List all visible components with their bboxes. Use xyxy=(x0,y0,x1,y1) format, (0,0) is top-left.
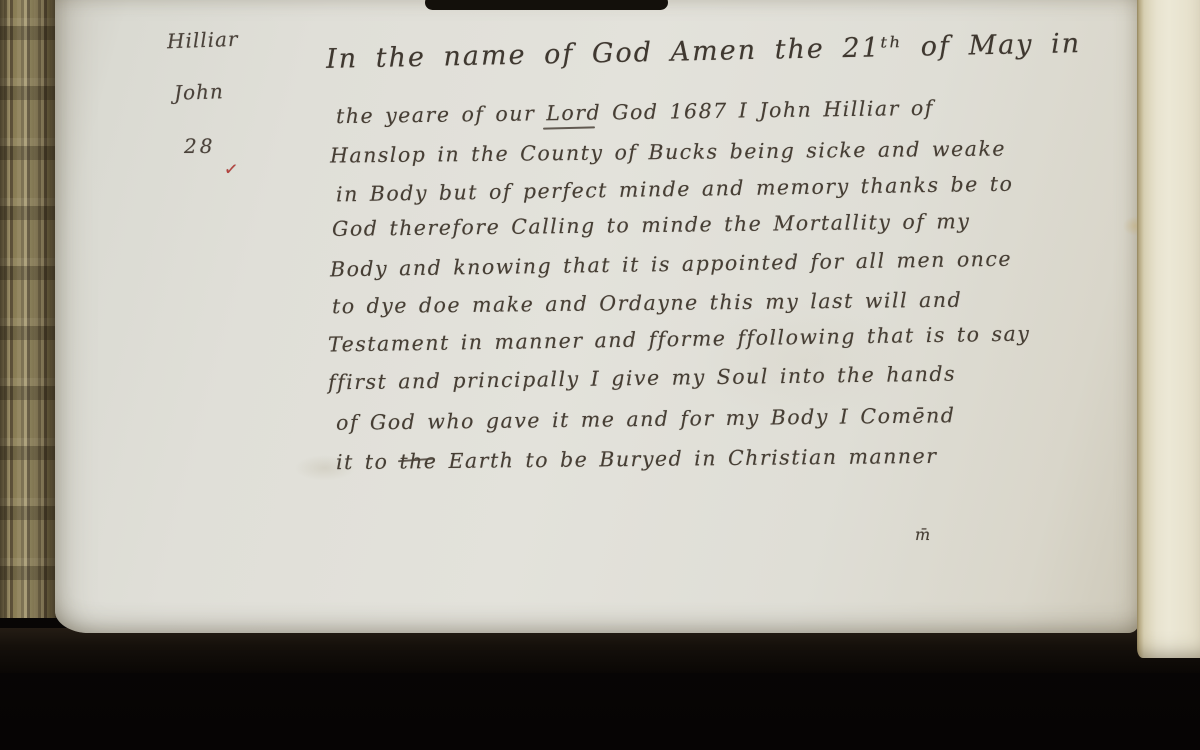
photo-top-notch xyxy=(425,0,668,10)
manuscript-catchword: m̄ xyxy=(915,525,932,544)
margin-note-surname: Hilliar xyxy=(167,27,239,53)
adjacent-page-edge xyxy=(1137,0,1200,658)
margin-note-forename: John xyxy=(174,79,225,105)
manuscript-photo: Hilliar John 28 ✓ In the name of God Ame… xyxy=(0,0,1200,750)
book-spine xyxy=(0,0,57,618)
book-bottom-shadow xyxy=(0,628,1200,673)
paper-sheen xyxy=(695,300,915,420)
margin-red-checkmark: ✓ xyxy=(223,159,240,180)
margin-note-number: 28 xyxy=(184,134,215,158)
